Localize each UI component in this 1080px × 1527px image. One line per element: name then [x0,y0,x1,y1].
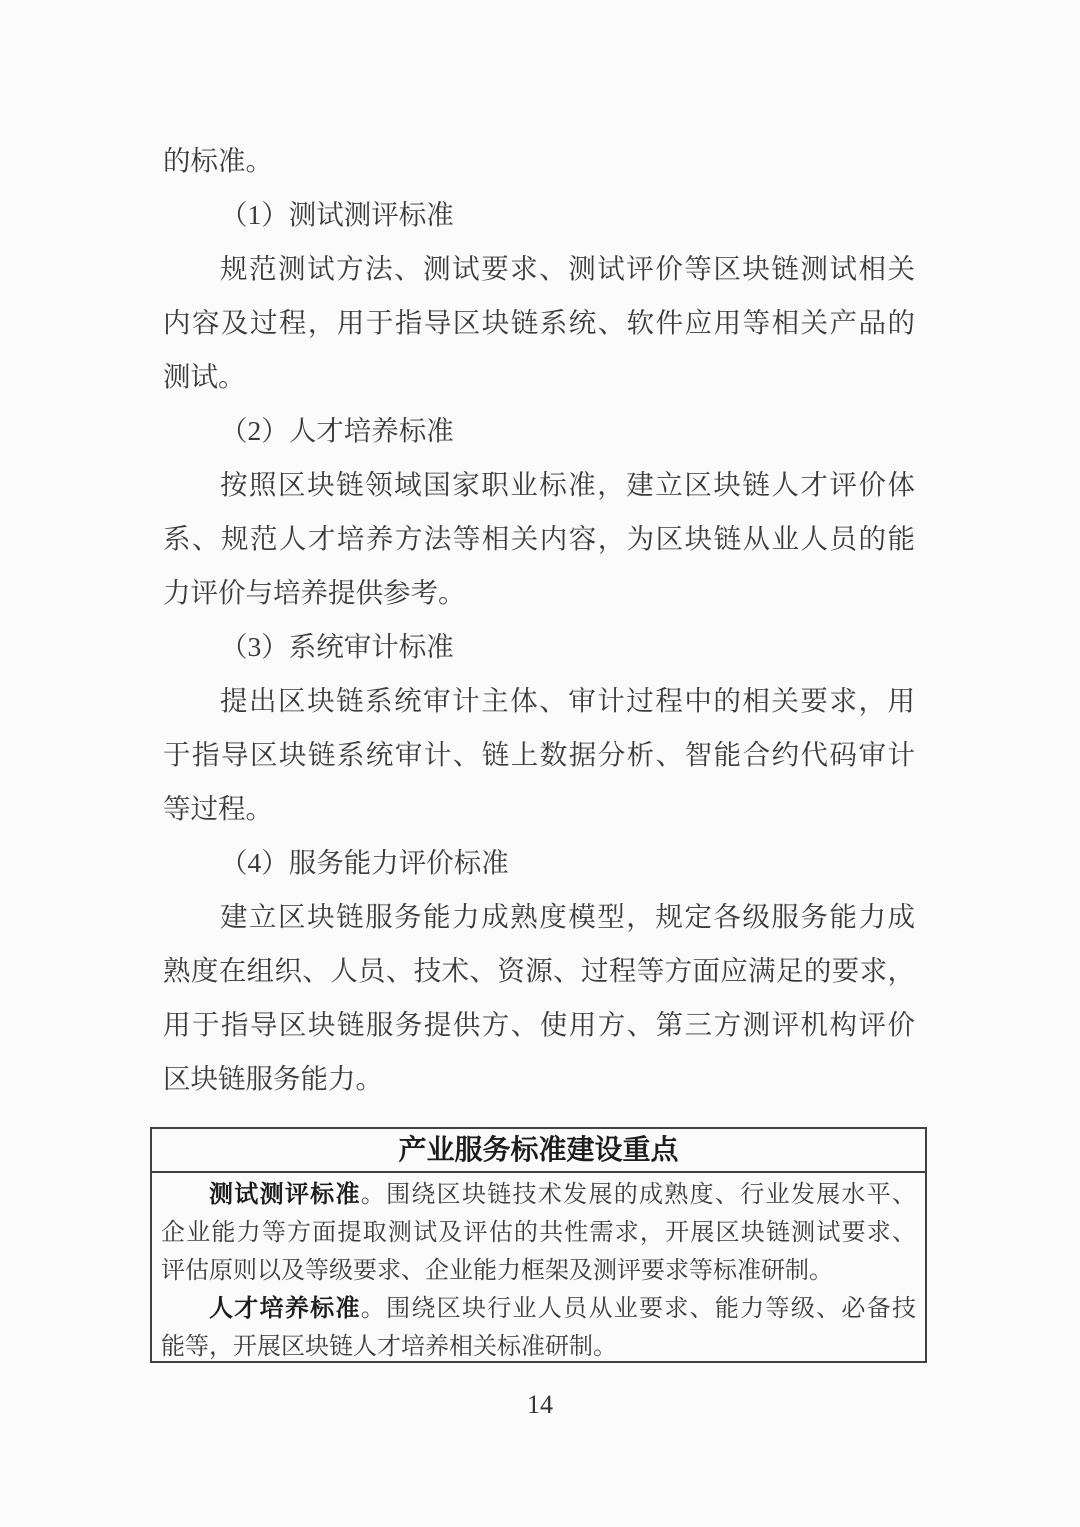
body-line: 建立区块链服务能力成熟度模型，规定各级服务能力成 [163,890,915,944]
callout-box-line: 人才培养标准。围绕区块行业人员从业要求、能力等级、必备技 [161,1290,916,1328]
callout-box: 产业服务标准建设重点 测试测评标准。围绕区块链技术发展的成熟度、行业发展水平、企… [150,1127,927,1363]
document-page: 的标准。（1）测试测评标准规范测试方法、测试要求、测试评价等区块链测试相关内容及… [0,0,1080,1527]
callout-box-line: 测试测评标准。围绕区块链技术发展的成熟度、行业发展水平、 [161,1176,916,1214]
body-line: 系、规范人才培养方法等相关内容，为区块链从业人员的能 [163,512,915,566]
callout-box-line: 企业能力等方面提取测试及评估的共性需求，开展区块链测试要求、 [161,1214,916,1252]
body-line: 等过程。 [163,782,915,836]
callout-box-title: 产业服务标准建设重点 [152,1129,925,1173]
page-number: 14 [0,1390,1080,1420]
body-line: 于指导区块链系统审计、链上数据分析、智能合约代码审计 [163,728,915,782]
main-text-block: 的标准。（1）测试测评标准规范测试方法、测试要求、测试评价等区块链测试相关内容及… [163,134,915,1106]
callout-box-line-bold-lead: 测试测评标准 [209,1181,361,1208]
body-line: 用于指导区块链服务提供方、使用方、第三方测评机构评价 [163,998,915,1052]
body-line: 区块链服务能力。 [163,1052,915,1106]
callout-box-body: 测试测评标准。围绕区块链技术发展的成熟度、行业发展水平、企业能力等方面提取测试及… [152,1173,925,1370]
body-line: 测试。 [163,350,915,404]
callout-box-line: 能等，开展区块链人才培养相关标准研制。 [161,1328,916,1366]
body-line: 力评价与培养提供参考。 [163,566,915,620]
callout-box-line-bold-lead: 人才培养标准 [209,1295,361,1322]
callout-box-line: 评估原则以及等级要求、企业能力框架及测评要求等标准研制。 [161,1252,916,1290]
body-line: 规范测试方法、测试要求、测试评价等区块链测试相关 [163,242,915,296]
body-line: 按照区块链领域国家职业标准，建立区块链人才评价体 [163,458,915,512]
body-line: （4）服务能力评价标准 [163,836,915,890]
body-line: 熟度在组织、人员、技术、资源、过程等方面应满足的要求， [163,944,915,998]
body-line: 的标准。 [163,134,915,188]
body-line: 内容及过程，用于指导区块链系统、软件应用等相关产品的 [163,296,915,350]
body-line: （2）人才培养标准 [163,404,915,458]
body-line: 提出区块链系统审计主体、审计过程中的相关要求，用 [163,674,915,728]
body-line: （3）系统审计标准 [163,620,915,674]
body-line: （1）测试测评标准 [163,188,915,242]
